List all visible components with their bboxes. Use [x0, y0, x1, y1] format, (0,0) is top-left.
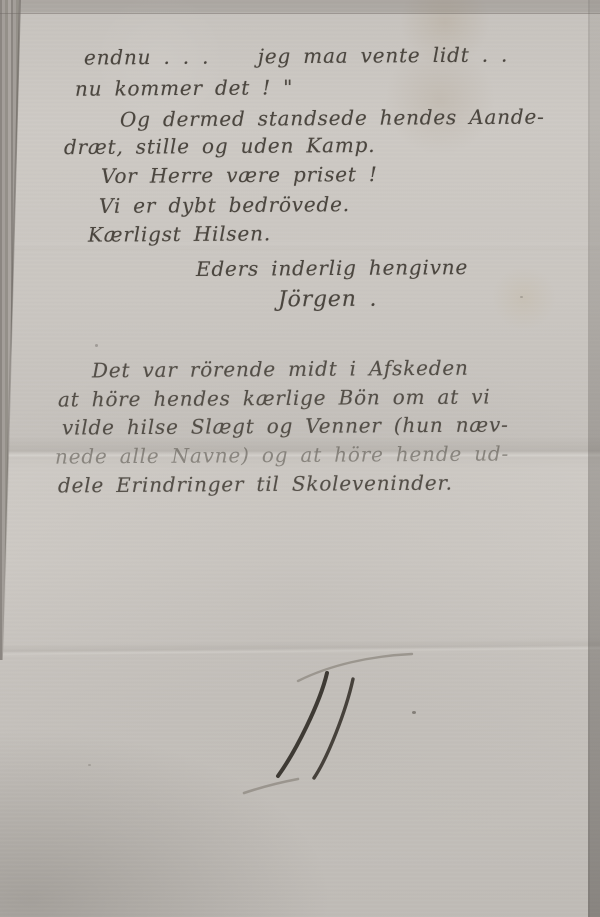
letter-line: Vor Herre være priset !	[101, 162, 378, 188]
letter-line: dræt, stille og uden Kamp.	[64, 133, 376, 159]
letter-line: Og dermed standsede hendes Aande-	[120, 105, 545, 132]
pencil-page-numeral-II	[240, 645, 430, 805]
ink-speck	[412, 711, 416, 714]
ink-speck	[88, 764, 91, 766]
letter-line-faded-by-crease: nede alle Navne) og at höre hende ud-	[55, 441, 509, 468]
ink-speck	[520, 296, 523, 298]
letter-line: Det var rörende midt i Afskeden	[92, 356, 469, 383]
letter-photograph: endnu . . . jeg maa vente lidt . . nu ko…	[0, 0, 600, 917]
paper-right-edge	[588, 0, 590, 917]
ink-speck	[95, 344, 98, 347]
signature-joergen: Jörgen .	[278, 287, 377, 313]
paper-right-shadow	[590, 0, 600, 917]
letter-line: dele Erindringer til Skoleveninder.	[58, 471, 453, 498]
letter-line: nu kommer det ! "	[75, 75, 293, 101]
letter-line: at höre hendes kærlige Bön om at vi	[58, 384, 491, 411]
letter-closing-line: Eders inderlig hengivne	[196, 255, 468, 281]
letter-line: vilde hilse Slægt og Venner (hun næv-	[62, 412, 509, 439]
letter-line: endnu . . . jeg maa vente lidt . .	[84, 43, 508, 70]
paper-top-edge	[0, 13, 600, 14]
letter-line: Kærligst Hilsen.	[88, 221, 271, 246]
letter-line: Vi er dybt bedrövede.	[99, 192, 350, 218]
